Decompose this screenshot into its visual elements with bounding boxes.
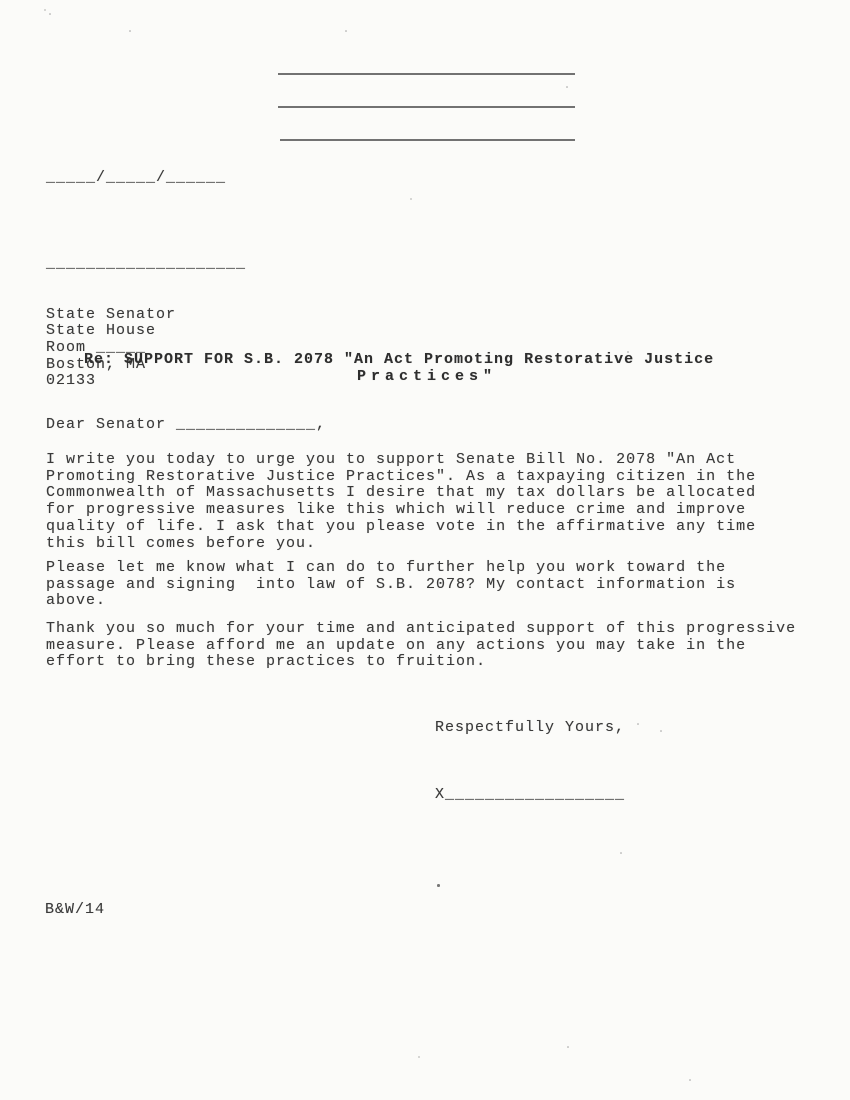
contact-blank-line-2 [278,106,575,108]
scan-speck [345,30,347,32]
body-paragraph-1: I write you today to urge you to support… [46,452,756,552]
contact-blank-line-1 [278,73,575,75]
scan-speck [660,730,662,732]
scan-speck [410,198,412,200]
scanned-letter-page: { "document": { "paper_color": "#fbfbf9"… [0,0,850,1100]
footer-code: B&W/14 [45,902,105,919]
scan-speck [627,351,629,353]
scan-speck [437,884,440,887]
scan-speck [567,1046,569,1048]
scan-speck [566,86,568,88]
scan-speck [620,852,622,854]
scan-speck [44,9,46,11]
subject-line-2: Practices" [54,369,800,386]
contact-blank-line-3 [280,139,575,141]
valediction: Respectfully Yours, [435,720,625,737]
scan-speck [637,723,639,725]
signature-line: X__________________ [435,787,625,804]
scan-speck [49,13,51,15]
recipient-name-blank: ____________________ [46,256,246,273]
date-fill-line: _____/_____/______ [46,170,226,187]
salutation: Dear Senator ______________, [46,417,326,434]
scan-speck [129,30,131,32]
scan-speck [689,1079,691,1081]
subject-line-1: Re: SUPPORT FOR S.B. 2078 "An Act Promot… [84,352,714,369]
body-paragraph-3: Thank you so much for your time and anti… [46,621,796,671]
scan-speck [418,1056,420,1058]
body-paragraph-2: Please let me know what I can do to furt… [46,560,736,610]
